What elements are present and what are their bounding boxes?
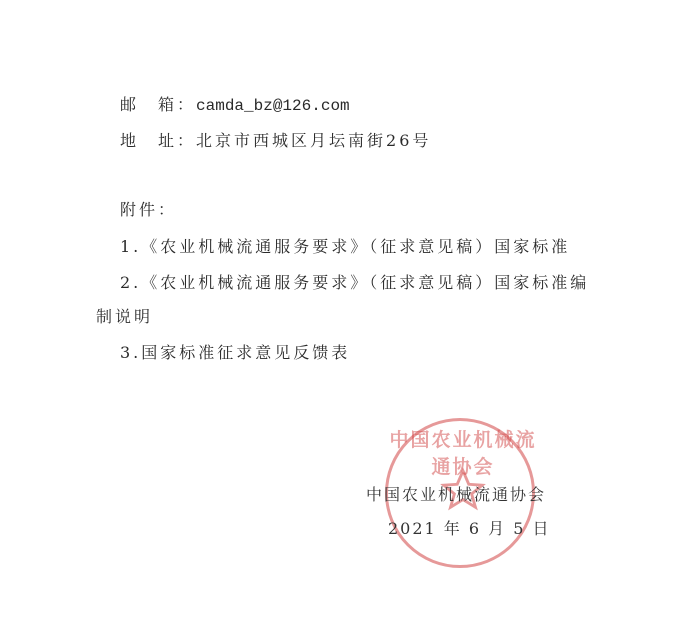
attachment-item-2: 2.《农业机械流通服务要求》（征求意见稿）国家标准编 <box>120 270 589 293</box>
email-line: 邮 箱：camda_bz@126.com <box>120 92 350 115</box>
email-value: camda_bz@126.com <box>196 97 350 115</box>
address-line: 地 址：北京市西城区月坛南街26号 <box>120 128 431 151</box>
organization-name: 中国农业机械流通协会 <box>366 482 546 505</box>
attachments-heading: 附件： <box>120 197 177 220</box>
address-value: 北京市西城区月坛南街26号 <box>196 131 431 150</box>
address-label: 地 址： <box>120 131 196 150</box>
attachment-item-2-cont: 制说明 <box>96 304 153 327</box>
attachment-item-1: 1.《农业机械流通服务要求》（征求意见稿）国家标准 <box>120 234 570 257</box>
attachment-item-3: 3.国家标准征求意见反馈表 <box>120 340 350 363</box>
email-label: 邮 箱： <box>120 95 196 114</box>
signature-date: 2021 年 6 月 5 日 <box>388 516 551 539</box>
